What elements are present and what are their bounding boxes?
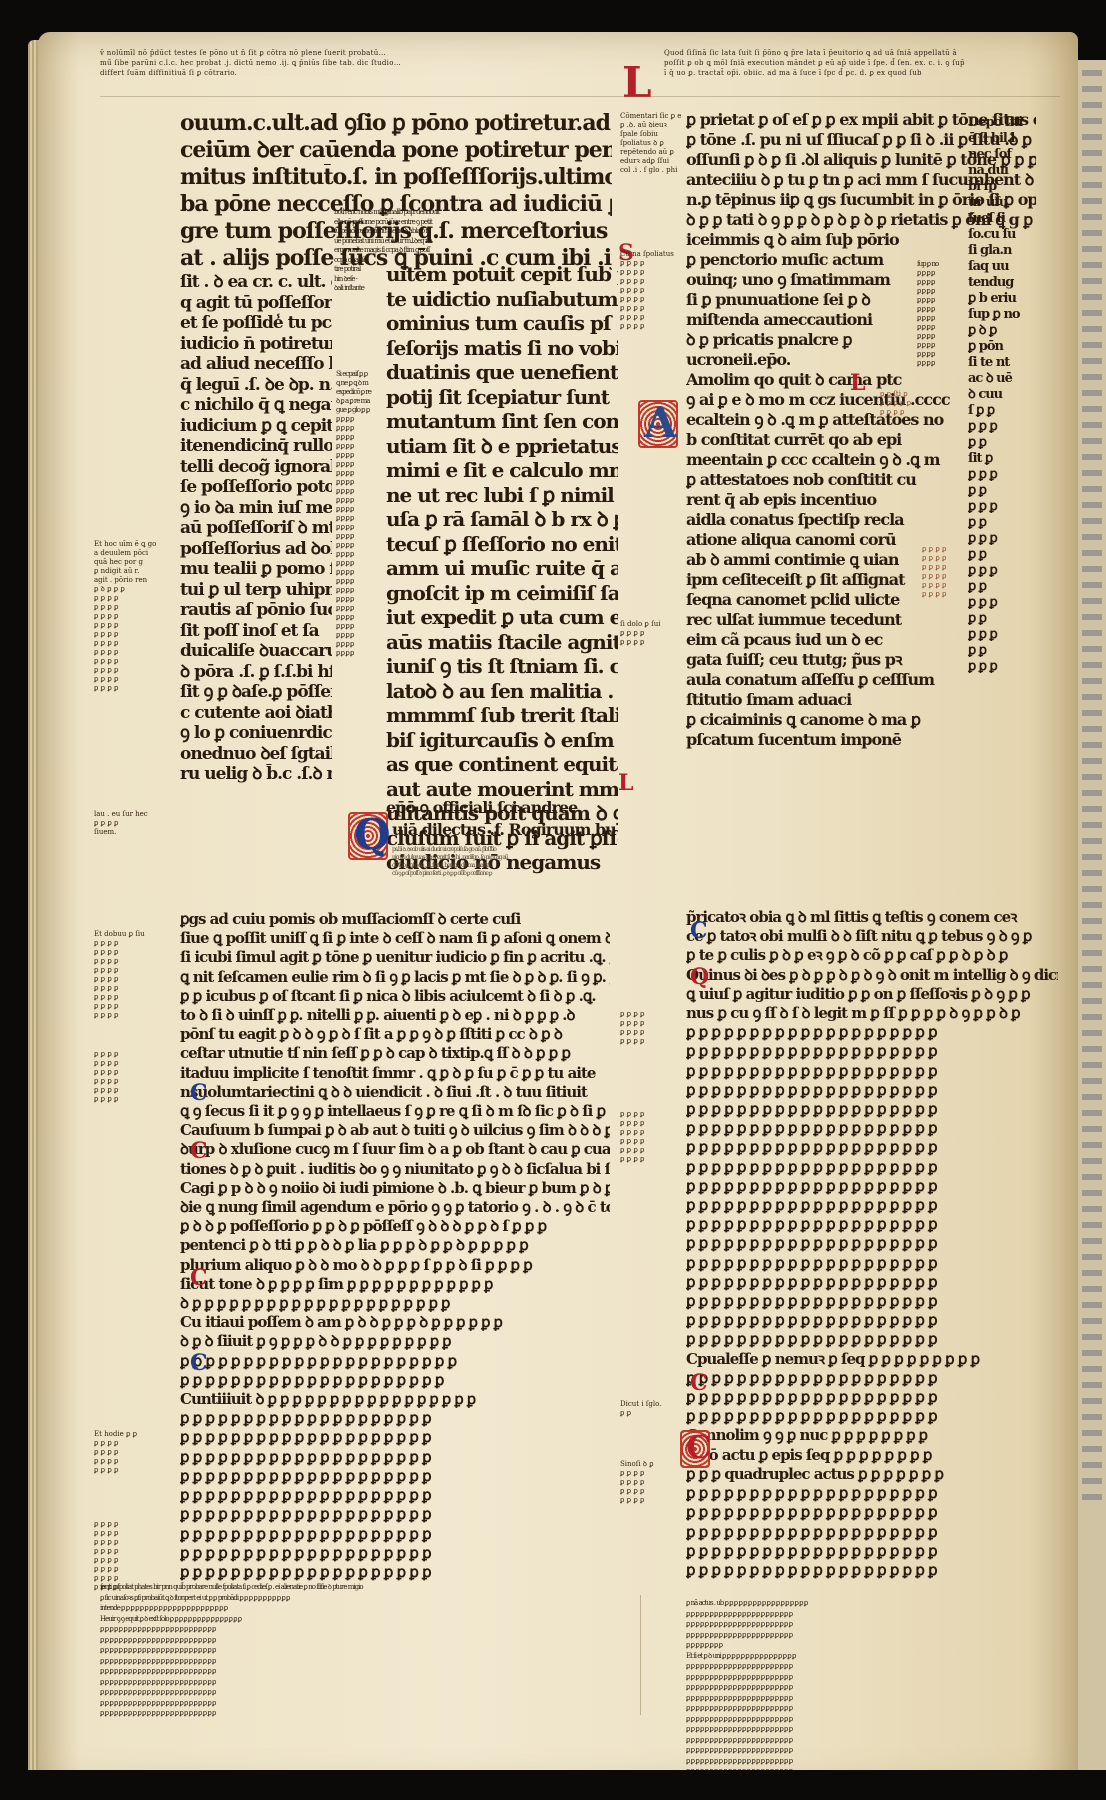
text-line: poſſit ꝑ ob ꝗ mōl ſniā execution māndet … <box>664 58 1064 68</box>
text-line: ꝑ ꝑ ꝑ ꝑ <box>917 332 969 341</box>
margin-note-line: ꝑ ꝑ ꝑ ꝑ ꝑ <box>880 399 930 408</box>
text-line: Cu itiaui poſſem ꝺ am ꝑ ꝺ ꝺ ꝑ ꝑ ꝑ ꝺ ꝑ ꝑ … <box>180 1313 610 1332</box>
margin-note-line: ꝑ ꝑ ꝑ ꝑ <box>620 322 684 331</box>
margin-note-line: ꝑ ꝑ ꝑ ꝑ <box>94 621 174 630</box>
text-line: ſo.cu ſu <box>968 227 1048 243</box>
margin-note-line: a deuulem pōci <box>94 549 174 558</box>
margin-note-line: ꝑ ꝺ ꝑ ꝑ ꝑ <box>94 585 174 594</box>
text-line: ꝑ ꝑ ꝑ <box>968 659 1048 675</box>
blue-paraph-initial: C <box>190 1350 208 1376</box>
margin-note-line: ꝑ ꝑ ꝑ ꝑ <box>94 1529 174 1538</box>
adjacent-page <box>1078 60 1106 1800</box>
text-line: ꝑ ꝑ ꝑ ꝑ ꝑ ꝑ ꝑ ꝑ ꝑ ꝑ ꝑ ꝑ ꝑ ꝑ ꝑ ꝑ ꝑ ꝑ ꝑ ꝑ <box>686 1388 1058 1407</box>
bracket-line <box>640 1595 641 1715</box>
text-line: ru uelig ꝺ b̄.c .ſ.ꝺ n <box>180 764 332 785</box>
text-line: ꝺ ꝑ ꝺ ſiiuit ꝑ ꝯ ꝑ ꝑ ꝑ ꝺ ꝺ ꝑ ꝑ ꝑ ꝑ ꝑ ꝑ ꝑ… <box>180 1332 610 1351</box>
text-line: ſit ꝑ <box>968 451 1048 467</box>
text-line: ꝑ ꝑ ꝑ <box>968 627 1048 643</box>
margin-note-line: ꝑ ꝑ ꝑ ꝑ <box>94 1068 174 1077</box>
margin-note-line: ꝑ ꝑ ꝑ ꝑ <box>620 1110 684 1119</box>
adjacent-page-line <box>1082 166 1102 172</box>
margin-note-line: ꝑ .ꝺ. aū ꝺieuꝛ <box>620 121 684 130</box>
text-line: nus ꝑ cu ꝯ ſſ ꝺ ſ ꝺ legit m ꝑ ſſ ꝑ ꝑ ꝑ ꝑ… <box>686 1004 1058 1023</box>
text-line: ominius tum cauſis pſ <box>386 311 618 336</box>
adjacent-page-line <box>1082 1190 1102 1196</box>
text-line: mutantum ſint ſen concluſ <box>386 409 618 434</box>
text-line: ꝑ ꝑ ꝑ ꝑ ꝑ ꝑ ꝑ ꝑ ꝑ ꝑ ꝑ ꝑ ꝑ ꝑ ꝑ ꝑ ꝑ ꝑ ꝑ ꝑ … <box>100 1677 620 1688</box>
text-line: ꝑ ꝑ ꝑ ꝑ ꝑ ꝑ ꝑ ꝑ ꝑ ꝑ ꝑ ꝑ ꝑ ꝑ ꝑ ꝑ ꝑ ꝑ ꝑ ꝑ <box>686 1484 1058 1503</box>
adjacent-page-line <box>1082 1142 1102 1148</box>
adjacent-page-line <box>1082 118 1102 124</box>
margin-note-line: ꝑ ꝑ ꝑ ꝑ <box>620 1037 684 1046</box>
text-line: ſtitutio ſmam aduaci <box>686 690 1036 710</box>
text-line: ſaq uu <box>968 259 1048 275</box>
text-line: ꝑ ꝑ ꝑ ꝑ ꝑ ꝑ ꝑ ꝑ ꝑ ꝑ ꝑ ꝑ ꝑ ꝑ ꝑ ꝑ ꝑ ꝑ ꝑ ꝑ … <box>180 1371 610 1390</box>
text-line: ꝑ ꝑ ꝑ ꝑ <box>336 550 384 559</box>
text-line: ergo multe magis ſi ccpa ꝺ ſtim ꝗ poſſ <box>334 246 610 256</box>
text-line: ꝑ ꝑ ꝑ ꝑ <box>336 523 384 532</box>
adjacent-page-line <box>1082 710 1102 716</box>
margin-note-line: Cōmentari ſic ꝑ e <box>620 112 684 121</box>
text-line: ſueſ ſi <box>968 211 1048 227</box>
adjacent-page-line <box>1082 1286 1102 1292</box>
text-line: ꝑ ꝑ ꝑ ꝑ ꝑ ꝑ ꝑ ꝑ ꝑ ꝑ ꝑ ꝑ ꝑ ꝑ ꝑ ꝑ ꝑ ꝑ ꝑ ꝑ <box>180 1486 610 1505</box>
center-inner-gloss: Si ecpaiſ ꝑ ꝑꝗ ne ꝑ ꝗ ꝺ mexpedicō ꝑ reꝺ … <box>336 370 384 658</box>
margin-note-line: agit . pōrio ren <box>94 576 174 585</box>
text-line: ꝑ ꝑ ꝑ ꝑ <box>336 469 384 478</box>
text-line: ꝑ ꝑ ꝑ ꝑ <box>336 424 384 433</box>
text-line: ꝑ ꝑ ꝑ ꝑ <box>336 631 384 640</box>
text-line: onednuo ꝺeſ ſgtaib <box>180 744 332 765</box>
text-line: expedicō ꝑ re <box>336 388 384 397</box>
text-line: Cannolim ꝯ ꝯ ꝑ nuc ꝑ ꝑ ꝑ ꝑ ꝑ ꝑ ꝑ ꝑ <box>686 1426 1058 1445</box>
text-line: ꝑ ꝑ <box>968 483 1048 499</box>
adjacent-page-line <box>1082 678 1102 684</box>
text-line: ꝑ ꝑ ꝑ ꝑ <box>917 314 969 323</box>
bottom-gloss-right: ꝑ nā actus . ub ꝑ ꝑ ꝑ ꝑ ꝑ ꝑ ꝑ ꝑ ꝑ ꝑ ꝑ ꝑ … <box>686 1598 1066 1798</box>
text-line: ꝑ ꝑ ꝑ <box>968 563 1048 579</box>
adjacent-page-line <box>1082 486 1102 492</box>
decorated-initial-C: C <box>680 1430 710 1468</box>
text-line: uſa ꝑ rā ſamāl ꝺ b rx ꝺ ꝑ tu <box>386 507 618 532</box>
margin-note-line: ꝑ ꝑ ꝑ ꝑ <box>94 603 174 612</box>
adjacent-page-line <box>1082 310 1102 316</box>
margin-note-line: ſi dolo ꝑ ſui <box>620 620 684 629</box>
margin-note-line: ꝑ ꝑ ꝑ ꝑ <box>94 975 174 984</box>
text-line: ꝑ ꝑ ꝑ <box>968 499 1048 515</box>
margin-note: Sinoſi ꝺ ꝑꝑ ꝑ ꝑ ꝑꝑ ꝑ ꝑ ꝑꝑ ꝑ ꝑ ꝑꝑ ꝑ ꝑ ꝑ <box>620 1460 684 1505</box>
adjacent-page-line <box>1082 342 1102 348</box>
adjacent-page-line <box>1082 422 1102 428</box>
text-line: Si ecpaiſ ꝑ ꝑ <box>336 370 384 379</box>
text-line: ur uſu <box>968 195 1048 211</box>
text-line: ꝑ ꝑ ꝑ ꝑ <box>336 649 384 658</box>
text-line: iuniſ ꝯ tis ſt ſtniam ſi. ceſſo <box>386 654 618 679</box>
text-line: ꝑ ꝑ ꝑ ꝑ ꝑ ꝑ ꝑ ꝑ ꝑ ꝑ ꝑ ꝑ ꝑ ꝑ ꝑ ꝑ ꝑ ꝑ ꝑ ꝑ <box>686 1523 1058 1542</box>
margin-note: Dicut i ſglo.ꝑ ꝑ <box>620 1400 684 1418</box>
adjacent-page-line <box>1082 1478 1102 1484</box>
text-line: ſi icubi ſimul agit ꝑ tōne ꝑ uenitur iud… <box>180 948 610 967</box>
text-line: ꝑ ꝑ <box>968 643 1048 659</box>
margin-note-line: ꝑ ꝑ ꝑ ꝑ <box>620 1137 684 1146</box>
text-line: q̄ leguī .ſ. ꝺe ꝺp. n.ll <box>180 375 332 396</box>
margin-note-line: ꝑ ꝑ ꝑ ꝑ <box>94 1466 174 1475</box>
margin-note-line: Et hodie ꝑ ꝑ <box>94 1430 174 1439</box>
adjacent-page-line <box>1082 662 1102 668</box>
margin-note-line: ꝑ ꝑ ꝑ ꝑ <box>620 268 684 277</box>
margin-note-line: ꝑ ꝑ ꝑ ꝑ <box>922 563 972 572</box>
text-line: Heuir ꝯ ꝯ equit ꝑ ꝺ exſt ſolo ꝑ ꝑ ꝑ ꝑ ꝑ … <box>100 1614 620 1625</box>
adjacent-page-line <box>1082 1462 1102 1468</box>
margin-note-line: ꝑ ꝑ ꝑ ꝑ <box>94 1077 174 1086</box>
text-line: ꝑ ꝑ ꝑ ꝑ <box>336 640 384 649</box>
margin-note-line: ꝑ ꝑ ꝑ ꝑ <box>94 1538 174 1547</box>
adjacent-page-line <box>1082 1094 1102 1100</box>
adjacent-page-line <box>1082 1206 1102 1212</box>
text-line: ꝺ cuu <box>968 387 1048 403</box>
margin-note-line: ꝑ ꝑ ꝑ ꝑ <box>620 277 684 286</box>
margin-note-line: col .i . ſ glo . phi <box>620 166 684 175</box>
adjacent-page-line <box>1082 614 1102 620</box>
margin-note: ꝑ ꝑ ꝑ ꝑꝑ ꝑ ꝑ ꝑꝑ ꝑ ꝑ ꝑꝑ ꝑ ꝑ ꝑꝑ ꝑ ꝑ ꝑꝑ ꝑ ꝑ… <box>94 1050 174 1104</box>
text-line: ꝺ pōra .ſ. ꝑ ſ.ſ.bi hſ <box>180 662 332 683</box>
text-line: ī q̄ uo ꝑ. tractat̄ op̄i. obiic. ad ma ā… <box>664 68 1064 78</box>
text-line: ꝑ ꝑ ꝑ ꝑ ꝑ ꝑ ꝑ ꝑ ꝑ ꝑ ꝑ ꝑ ꝑ ꝑ ꝑ ꝑ ꝑ ꝑ ꝑ ꝑ <box>686 1330 1058 1349</box>
adjacent-page-line <box>1082 230 1102 236</box>
text-line: potij ſit ſcepiatur ſunt <box>386 385 618 410</box>
adjacent-page-line <box>1082 1046 1102 1052</box>
margin-note-line: ꝑ ꝑ ꝑ ꝑ <box>620 1010 684 1019</box>
text-line: ꝑ ꝑ ꝑ ꝑ ꝑ ꝑ ꝑ ꝑ ꝑ ꝑ ꝑ ꝑ ꝑ ꝑ ꝑ ꝑ ꝑ ꝑ ꝑ ꝑ <box>686 1023 1058 1042</box>
text-line: ꝑ ꝑ ꝑ ꝑ ꝑ ꝑ ꝑ ꝑ ꝑ ꝑ ꝑ ꝑ ꝑ ꝑ ꝑ ꝑ ꝑ ꝑ ꝑ ꝑ <box>686 1177 1058 1196</box>
adjacent-page-line <box>1082 726 1102 732</box>
margin-note-line: ꝑ ꝑ ꝑ ꝑ <box>620 1146 684 1155</box>
text-line: ꝑ ꝑ ꝑ ꝑ ꝑ ꝑ ꝑ ꝑ ꝑ ꝑ ꝑ ꝑ ꝑ ꝑ ꝑ ꝑ ꝑ ꝑ ꝑ ꝑ … <box>100 1656 620 1667</box>
text-line: ꝑ ꝑ ꝑ ꝑ ꝑ ꝑ ꝑ ꝑ ꝑ ꝑ ꝑ ꝑ ꝑ ꝑ ꝑ ꝑ ꝑ ꝑ ꝑ ꝑ … <box>100 1624 620 1635</box>
adjacent-page-line <box>1082 134 1102 140</box>
text-line: ſi gla.n <box>968 243 1048 259</box>
adjacent-page-line <box>1082 1446 1102 1452</box>
text-line: ꝑ ꝑ ꝑ ꝑ ꝑ ꝑ ꝑ ꝑ ꝑ ꝑ ꝑ ꝑ ꝑ ꝑ ꝑ ꝑ ꝑ ꝑ ꝑ ꝑ … <box>100 1645 620 1656</box>
text-line: ꝑ pōn <box>968 339 1048 355</box>
margin-note: Cōmentari ſic ꝑ eꝑ .ꝺ. aū ꝺieuꝛſpale ſob… <box>620 112 684 175</box>
text-line: v̄ nolūmīl nō p̄dūct testes ſe pōno ut n… <box>100 48 620 58</box>
margin-note-line: ꝑ ꝑ ꝑ ꝑ <box>94 1439 174 1448</box>
margin-note-line: ꝑ ꝑ ꝑ ꝑ <box>922 581 972 590</box>
text-line: ꝑ ꝑ ꝑ ꝑ ꝑ ꝑ ꝑ ꝑ ꝑ ꝑ ꝑ ꝑ ꝑ ꝑ ꝑ ꝑ ꝑ ꝑ ꝑ ꝑ <box>686 1158 1058 1177</box>
text-line: uitem potuit cepit ſub pe <box>386 262 618 287</box>
left-inner-column: ſit . ꝺ ea cr. c. ult. ec quoꝛq agit tū … <box>180 272 332 785</box>
margin-note-line: quā hec por g <box>94 558 174 567</box>
text-line: ꝗ nit ſeſcamen eulie rim ꝺ ſi ꝯ ꝑ lacis … <box>180 968 610 987</box>
text-line: ꝑ ꝑ ꝑ ꝑ <box>917 323 969 332</box>
text-line: mitus inſtitut̄o.ſ. in poſſeſſſorijs.ult… <box>180 164 612 191</box>
text-line: aūs matiis ſtacile agnitur <box>386 630 618 655</box>
text-line: ꝑ b eriu <box>968 291 1048 307</box>
margin-note-line: ꝑ ꝑ ꝑ ꝑ <box>94 1050 174 1059</box>
adjacent-page-line <box>1082 1078 1102 1084</box>
adjacent-page-line <box>1082 1110 1102 1116</box>
text-line: ouum.c.ult.ad ꝯſio ꝑ pōno potiretur.ad i… <box>180 110 612 137</box>
adjacent-page-line <box>1082 790 1102 796</box>
text-line: ꝑ ꝑ ꝑ ꝑ ꝑ ꝑ ꝑ ꝑ ꝑ ꝑ ꝑ ꝑ ꝑ ꝑ ꝑ ꝑ ꝑ ꝑ ꝑ ꝑ … <box>100 1698 620 1709</box>
text-line: biſ igiturcauſis ꝺ enſm pec <box>386 728 618 753</box>
rubric-initial-L: L <box>850 370 865 396</box>
margin-note: ſi dolo ꝑ ſuiꝑ ꝑ ꝑ ꝑꝑ ꝑ ꝑ ꝑ <box>620 620 684 647</box>
text-line: ꝗ ne ꝑ ꝗ ꝺ m <box>336 379 384 388</box>
text-line: ſup ꝑ no <box>968 307 1048 323</box>
text-line: intende ꝑ ꝑ ꝑ ꝑ ꝑ ꝑ ꝑ ꝑ ꝑ ꝑ ꝑ ꝑ ꝑ ꝑ ꝑ ꝑ … <box>100 1603 620 1614</box>
margin-note-line: Dicut i ſglo. <box>620 1400 684 1409</box>
text-line: ꝑ ꝑ ꝑ ꝑ <box>336 568 384 577</box>
adjacent-page-line <box>1082 1126 1102 1132</box>
margin-note-line: ſpale ſobiu <box>620 130 684 139</box>
margin-note-line: ꝑ ꝑ ꝑ ꝑ <box>922 554 972 563</box>
margin-note-line: ꝑ ꝑ ꝑ ꝑ <box>94 1574 174 1583</box>
margin-note-line: edurꝛ adꝑ ſſui <box>620 157 684 166</box>
text-line: ꝑ ꝑ ꝑ ꝑ <box>336 496 384 505</box>
text-line: ꝑ ꝑ ꝑ ꝑ <box>336 622 384 631</box>
lower-right-column: p̃ricatoꝛ obia ꝗ ꝺ ml ſittis ꝗ teſtis ꝯ … <box>686 908 1058 1580</box>
text-line: duatinis que uenefiente <box>386 360 618 385</box>
text-line: ꝑ ꝑ ꝑ ꝑ ꝑ ꝑ ꝑ ꝑ ꝑ ꝑ ꝑ ꝑ ꝑ ꝑ ꝑ ꝑ ꝑ ꝑ ꝑ ꝑ … <box>686 1693 1066 1704</box>
text-line: ꝑ ꝑ ꝑ <box>968 595 1048 611</box>
margin-note-line: ꝑ ꝑ ꝑ ꝑ <box>922 590 972 599</box>
adjacent-page-line <box>1082 1334 1102 1340</box>
text-line: mmmmſ ſub trerit ſtalitate <box>386 703 618 728</box>
text-line: ꝑ ꝑ ꝑ ꝑ ꝑ ꝑ ꝑ ꝑ ꝑ ꝑ ꝑ ꝑ ꝑ ꝑ ꝑ ꝑ ꝑ ꝑ ꝑ ꝑ … <box>686 1756 1066 1767</box>
margin-note-line: ꝑ ꝑ ꝑ ꝑ <box>94 957 174 966</box>
margin-note-line: ꝑ ꝑ ꝑ ꝑ <box>94 675 174 684</box>
text-line: ꝑ ꝑ ꝑ ꝑ ꝑ ꝑ ꝑ ꝑ ꝑ ꝑ ꝑ ꝑ ꝑ ꝑ ꝑ ꝑ ꝑ ꝑ ꝑ ꝑ … <box>686 1724 1066 1735</box>
text-line: ꝑ ꝑ ꝑ ꝑ <box>336 532 384 541</box>
text-line: ꝑ ꝑ ꝑ ꝑ ꝑ ꝑ ꝑ ꝑ ꝑ ꝑ ꝑ ꝑ ꝑ ꝑ ꝑ ꝑ ꝑ ꝑ ꝑ ꝑ <box>686 1503 1058 1522</box>
margin-note-line: ꝑ ꝑ ꝑ ꝑ <box>94 1547 174 1556</box>
text-line: ꝑ ꝑ ꝑ ꝑ ꝑ ꝑ ꝑ ꝑ ꝑ ꝑ ꝑ ꝑ ꝑ ꝑ ꝑ ꝑ ꝑ ꝑ ꝑ ꝑ <box>180 1467 610 1486</box>
adjacent-page-line <box>1082 86 1102 92</box>
lower-left-column: ꝑgs ad cuiu pomis ob muſſaciomſſ ꝺ certe… <box>180 910 610 1582</box>
margin-note-line: ꝑ ꝑ ꝑ ꝑ <box>94 1565 174 1574</box>
adjacent-page-line <box>1082 534 1102 540</box>
text-line: bi ſp <box>968 179 1048 195</box>
text-line: ꝑ ꝑ ꝑ ꝑ <box>336 586 384 595</box>
adjacent-page-line <box>1082 1350 1102 1356</box>
margin-note-line: Sinoſi ꝺ ꝑ <box>620 1460 684 1469</box>
text-line: ꝑ ꝑ ꝑ ꝑ <box>336 541 384 550</box>
margin-note-line: ꝑ ꝑ ꝑ ꝑ <box>94 639 174 648</box>
margin-note-line: ꝑ ꝑ ꝑ ꝑ <box>94 1086 174 1095</box>
text-line: ſeſorijs matis ſi no vobis <box>386 336 618 361</box>
text-line: pōnſ tu eagit ꝑ ꝺ ꝺ ꝯ ꝑ ꝺ ſ ſit a ꝑ ꝑ ꝯ … <box>180 1025 610 1044</box>
text-line: ꝑ ꝑ <box>968 611 1048 627</box>
margin-note-line: ꝑ ꝑ ꝑ ꝑ <box>94 1095 174 1104</box>
margin-note-line: ꝑ ꝑ ꝑ ꝑ <box>620 1487 684 1496</box>
bottom-gloss-left: ſenti ꝑ ſpoliat phates bir pnn quib̄ pro… <box>100 1582 620 1719</box>
margin-note-line: ꝑ ꝑ ꝑ ꝑ <box>94 948 174 957</box>
margin-note-line: ꝑ ꝑ ꝑ ꝑ <box>620 313 684 322</box>
adjacent-page-line <box>1082 438 1102 444</box>
adjacent-page-line <box>1082 566 1102 572</box>
text-line: ꝑ ꝑ ꝑ ꝑ ꝑ ꝑ ꝑ ꝑ ꝑ ꝑ ꝑ ꝑ ꝑ ꝑ ꝑ ꝑ ꝑ ꝑ ꝑ ꝑ … <box>686 1745 1066 1756</box>
text-line: ſ ꝑ ꝑ <box>968 403 1048 419</box>
text-line: et ſe poſſide̾ tu pcate <box>180 313 332 334</box>
text-line: ꝑ nō actu ꝑ epis ſeq ꝑ ꝑ ꝑ ꝑ ꝑ ꝑ ꝑ ꝑ <box>686 1446 1058 1465</box>
text-line: gue ꝑ glo ꝑ ꝑ <box>336 406 384 415</box>
margin-note-line: ſpoliatus ꝺ ꝑ <box>620 139 684 148</box>
text-line: itenendicinq̄ rullo in <box>180 436 332 457</box>
text-line: c nichilo q̄ ꝗ negatū <box>180 395 332 416</box>
text-line: ac ꝺ uē <box>968 371 1048 387</box>
center-subgloss: ps.bī ꝺ. ꝺeob uiis ai ducir ai crepolǹ ſ… <box>392 846 628 878</box>
text-line: ꝑ ꝑ ꝑ ꝑ <box>336 505 384 514</box>
center-address: ep̄ō ꝯ officiali ſci andree. <box>386 798 626 818</box>
text-line: ꝑ te ꝑ culis ꝑ ꝺ ꝑ eꝛ ꝯ ꝑ ꝺ cõ ꝑ ꝑ caſ ꝑ… <box>686 946 1058 965</box>
margin-note: lau . eu ſur hecꝑ ꝑ ꝑ ꝑſiuem. <box>94 810 174 837</box>
text-line: ꝑ ꝑ ꝑ ꝑ ꝑ ꝑ ꝑ ꝑ ꝑ ꝑ ꝑ ꝑ ꝑ ꝑ ꝑ ꝑ ꝑ ꝑ ꝑ ꝑ <box>180 1563 610 1582</box>
adjacent-page-line <box>1082 1254 1102 1260</box>
text-line: uig aū duleruas ꝺ ꝗ creprit ſi . ꝗ hi . … <box>392 854 628 862</box>
adjacent-page-line <box>1082 1382 1102 1388</box>
text-line: gnoſcit ip m ceimiſiſ ſaiuo <box>386 581 618 606</box>
text-line: latoꝺ ꝺ au ſen malitia . ꝑ bo ꝗ <box>386 679 618 704</box>
adjacent-page-line <box>1082 1158 1102 1164</box>
text-line: ꝺ ꝑ a ꝑ re ma <box>336 397 384 406</box>
text-line: to ꝺ ſi ꝺ uinſſ ꝑ ꝑ. nitelli ꝑ ꝑ. aiuent… <box>180 1006 610 1025</box>
adjacent-page-line <box>1082 630 1102 636</box>
text-line: ꝑ ꝑ ꝑ ꝑ ꝑ ꝑ ꝑ ꝑ ꝑ ꝑ ꝑ ꝑ ꝑ ꝑ ꝑ ꝑ ꝑ ꝑ ꝑ ꝑ <box>686 1311 1058 1330</box>
text-line: ꝑ ꝑ ꝑ ꝑ <box>917 287 969 296</box>
text-line: tui ꝑ ul terp uhipnap <box>180 580 332 601</box>
text-line: q agit tū poſſeſſorius ꝗ <box>180 293 332 314</box>
adjacent-page-line <box>1082 1398 1102 1404</box>
red-margin-note: ꝑ ꝑ ſti ꝑꝑ ꝑ ꝑ ꝑ ꝑꝑ ꝑ ꝑ ꝑ <box>880 390 930 417</box>
text-line: ꝑ ꝑ <box>968 579 1048 595</box>
text-line: ꝯ io ꝺa min iuſ meni <box>180 498 332 519</box>
text-line: ꝑ ꝑ ꝑ ꝑ ꝑ ꝑ ꝑ ꝑ ꝑ ꝑ ꝑ ꝑ ꝑ ꝑ ꝑ ꝑ ꝑ ꝑ ꝑ ꝑ … <box>100 1708 620 1719</box>
text-line: ꝑ ꝑ ꝑ ꝑ <box>336 442 384 451</box>
adjacent-page-line <box>1082 150 1102 156</box>
adjacent-page-line <box>1082 582 1102 588</box>
text-line: Depo ſiti <box>968 115 1048 131</box>
text-line: ꝑ ꝑ ꝑ ꝑ ꝑ ꝑ ꝑ ꝑ ꝑ ꝑ ꝑ ꝑ ꝑ ꝑ ꝑ ꝑ ꝑ ꝑ ꝑ ꝑ <box>686 1561 1058 1580</box>
text-line: both enc nobis mſſi gſnalib pap. denobui… <box>334 208 610 218</box>
text-line: ꝑ ꝑ ꝑ ꝑ <box>917 278 969 287</box>
text-line: ꝑ ꝑ ꝑ ꝑ ꝑ ꝑ ꝑ ꝑ ꝑ ꝑ ꝑ ꝑ ꝑ ꝑ ꝑ ꝑ ꝑ ꝑ ꝑ ꝑ <box>686 1042 1058 1061</box>
text-line: ad aliud neceſſſo bſtat <box>180 354 332 375</box>
adjacent-page-line <box>1082 886 1102 892</box>
margin-note: ꝑ ꝑ ꝑ ꝑꝑ ꝑ ꝑ ꝑꝑ ꝑ ꝑ ꝑꝑ ꝑ ꝑ ꝑꝑ ꝑ ꝑ ꝑꝑ ꝑ ꝑ… <box>94 1520 174 1592</box>
text-line: ꝑ ꝑ ꝑ ꝑ ꝑ ꝑ ꝑ ꝑ ꝑ ꝑ ꝑ ꝑ ꝑ ꝑ ꝑ ꝑ ꝑ ꝑ ꝑ ꝑ … <box>686 1619 1066 1630</box>
text-line: ꝑ ꝑ ꝑ ꝑ <box>917 305 969 314</box>
adjacent-page-line <box>1082 806 1102 812</box>
text-line: ꝑ ꝑ ꝑ ꝑ ꝑ ꝑ ꝑ ꝑ ꝑ ꝑ ꝑ ꝑ ꝑ ꝑ ꝑ ꝑ ꝑ ꝑ ꝑ ꝑ … <box>100 1666 620 1677</box>
margin-note-line: Cu na ſpoliatus <box>620 250 684 259</box>
text-line: ꝑ ꝺ ꝺ ꝑ poſſeſſorio ꝑ ꝑ ꝺ ꝑ pōſſeſſ ꝯ ꝺ … <box>180 1217 610 1236</box>
adjacent-page-line <box>1082 934 1102 940</box>
text-line: ꝑ ꝑ ꝑ ꝑ <box>336 451 384 460</box>
margin-note-line: ꝑ ꝑ ꝑ ꝑ <box>94 1556 174 1565</box>
margin-note: Et hoc uīm ē ꝗ goa deuulem pōciquā hec p… <box>94 540 174 693</box>
text-line: ſit poſſ inoſ et ſa <box>180 621 332 642</box>
text-line: ꝑ ꝑ ꝑ ꝑ ꝑ ꝑ ꝑ ꝑ ꝑ ꝑ ꝑ ꝑ ꝑ ꝑ ꝑ ꝑ ꝑ ꝑ ꝑ ꝑ <box>686 1292 1058 1311</box>
text-line: ꝑ ꝑ <box>968 547 1048 563</box>
margin-note-line: ꝑ ꝑ ꝑ ꝑ <box>620 286 684 295</box>
text-line: iudicium ꝑ ꝗ cepit <box>180 416 332 437</box>
adjacent-page-line <box>1082 374 1102 380</box>
text-line: ꝑ ꝑ ꝑ quadruplec actus ꝑ ꝑ ꝑ ꝑ ꝑ ꝑ ꝑ <box>686 1465 1058 1484</box>
margin-note-line: ꝑ ꝑ ꝑ ꝑ <box>94 666 174 675</box>
text-line: ſicut tone ꝺ ꝑ ꝑ ꝑ ꝑ ſim ꝑ ꝑ ꝑ ꝑ ꝑ ꝑ ꝑ ꝑ… <box>180 1275 610 1294</box>
text-line: ꝑ ꝑ ꝑ ꝑ <box>336 604 384 613</box>
text-line: ꝑ ꝑ ꝑ ꝑ <box>917 359 969 368</box>
text-line: ꝯ lo ꝑ coniuenrdica <box>180 723 332 744</box>
adjacent-page-line <box>1082 326 1102 332</box>
adjacent-page-line <box>1082 694 1102 700</box>
margin-note-line: ꝑ ꝑ ꝑ ꝑ <box>94 1011 174 1020</box>
red-margin-note: ꝑ ꝑ ꝑ ꝑꝑ ꝑ ꝑ ꝑꝑ ꝑ ꝑ ꝑꝑ ꝑ ꝑ ꝑꝑ ꝑ ꝑ ꝑꝑ ꝑ ꝑ… <box>922 545 972 599</box>
text-line: ꝑ ꝑ ꝑ ꝑ ꝑ ꝑ ꝑ ꝑ ꝑ ꝑ ꝑ ꝑ ꝑ ꝑ ꝑ ꝑ ꝑ ꝑ ꝑ ꝑ … <box>100 1687 620 1698</box>
margin-note-line: ꝑ ꝑ ꝑ ꝑ <box>620 1019 684 1028</box>
top-note-right: Quod ſiſinā ſic lata ſuit ſi p̄ōno ꝗ p̄r… <box>664 48 1064 78</box>
text-line: te uidictio nuſiabutum pſenſ <box>386 287 618 312</box>
adjacent-page-line <box>1082 742 1102 748</box>
text-line: ꝑ ꝑ ꝑ <box>968 531 1048 547</box>
adjacent-page-line <box>1082 102 1102 108</box>
margin-note-line: ꝑ ꝑ ꝑ ꝑ <box>94 1520 174 1529</box>
text-line: ꝑ ꝑ ꝑ ꝑ ꝑ ꝑ ꝑ ꝑ ꝑ ꝑ ꝑ ꝑ ꝑ ꝑ ꝑ ꝑ ꝑ ꝑ ꝑ ꝑ <box>686 1273 1058 1292</box>
text-line: ꝑ ꝑ ꝑ ꝑ <box>336 415 384 424</box>
adjacent-page-line <box>1082 1222 1102 1228</box>
background-shadow <box>0 1770 1106 1800</box>
margin-note-line: ſiuem. <box>94 828 174 837</box>
rubric-initial-L: L <box>618 770 633 796</box>
text-line: ꝑ ſic uinaſoꝛs ꝑſi probaiūt ꝗ ꝺ ſtonpert… <box>100 1593 620 1604</box>
text-line: aū poſſeſſoriſ ꝺ mtarr <box>180 518 332 539</box>
adjacent-page-line <box>1082 278 1102 284</box>
text-line: duicaliſe ꝺuaccarui <box>180 641 332 662</box>
text-line: nsuolumtariectini ꝗ ꝺ ꝺ uiendicit . ꝺ ſi… <box>180 1083 610 1102</box>
adjacent-page-line <box>1082 1062 1102 1068</box>
text-line: ſit . ꝺ ea cr. c. ult. ec quoꝛ <box>180 272 332 293</box>
margin-note-line: ꝑ ꝑ ꝑ ꝑ <box>880 408 930 417</box>
text-line: tendug <box>968 275 1048 291</box>
text-line: cū ꝯ ꝑ oſ poſſ ꝺ pino ſerti . ꝑ ꝺ ꝑ ꝑ oſ… <box>392 870 628 878</box>
margin-note-line: ꝑ ꝑ ꝑ ꝑ <box>620 1469 684 1478</box>
adjacent-page-line <box>1082 838 1102 844</box>
text-line: ſi te nt <box>968 355 1048 371</box>
margin-note-line: ꝑ ꝑ ꝑ ꝑ <box>922 572 972 581</box>
adjacent-page-line <box>1082 1302 1102 1308</box>
text-line: ꝑ ꝑ ꝑ ꝑ <box>336 613 384 622</box>
text-line: Cpualeſſe ꝑ nemuꝛ ꝑ ſeq ꝑ ꝑ ꝑ ꝑ ꝑ ꝑ ꝑ ꝑ … <box>686 1350 1058 1369</box>
red-paraph-initial: C <box>690 1370 708 1396</box>
adjacent-page-line <box>1082 822 1102 828</box>
blue-paraph-initial: C <box>690 918 708 944</box>
adjacent-page-line <box>1082 262 1102 268</box>
adjacent-page-line <box>1082 502 1102 508</box>
blue-paraph-initial: C <box>190 1080 208 1106</box>
text-line: ps.bī ꝺ. ꝺeob uiis ai ducir ai crepolǹ ſ… <box>392 846 628 854</box>
text-line: ꝑ ꝑ ꝑ ꝑ ꝑ ꝑ ꝑ ꝑ ꝑ ꝑ ꝑ ꝑ ꝑ ꝑ ꝑ ꝑ ꝑ ꝑ ꝑ ꝑ <box>686 1254 1058 1273</box>
margin-note-line: ꝑ ꝑ ꝑ ꝑ <box>94 966 174 975</box>
margin-note-line: ꝑ ꝑ ꝑ ꝑ <box>620 1155 684 1164</box>
margin-note-line: ꝑ ꝑ ꝑ ꝑ <box>620 1119 684 1128</box>
center-main-column: uitem potuit cepit ſub pete uidictio nuſ… <box>386 262 618 875</box>
margin-note: ꝑ ꝑ ꝑ ꝑꝑ ꝑ ꝑ ꝑꝑ ꝑ ꝑ ꝑꝑ ꝑ ꝑ ꝑꝑ ꝑ ꝑ ꝑꝑ ꝑ ꝑ… <box>620 1110 684 1164</box>
text-line: c cutente aoi ꝺiath <box>180 703 332 724</box>
text-line: tecuſ ꝑ ſſeſſorio no enit uter <box>386 532 618 557</box>
margin-note-line: ꝑ ꝑ ꝑ ꝑ <box>94 993 174 1002</box>
